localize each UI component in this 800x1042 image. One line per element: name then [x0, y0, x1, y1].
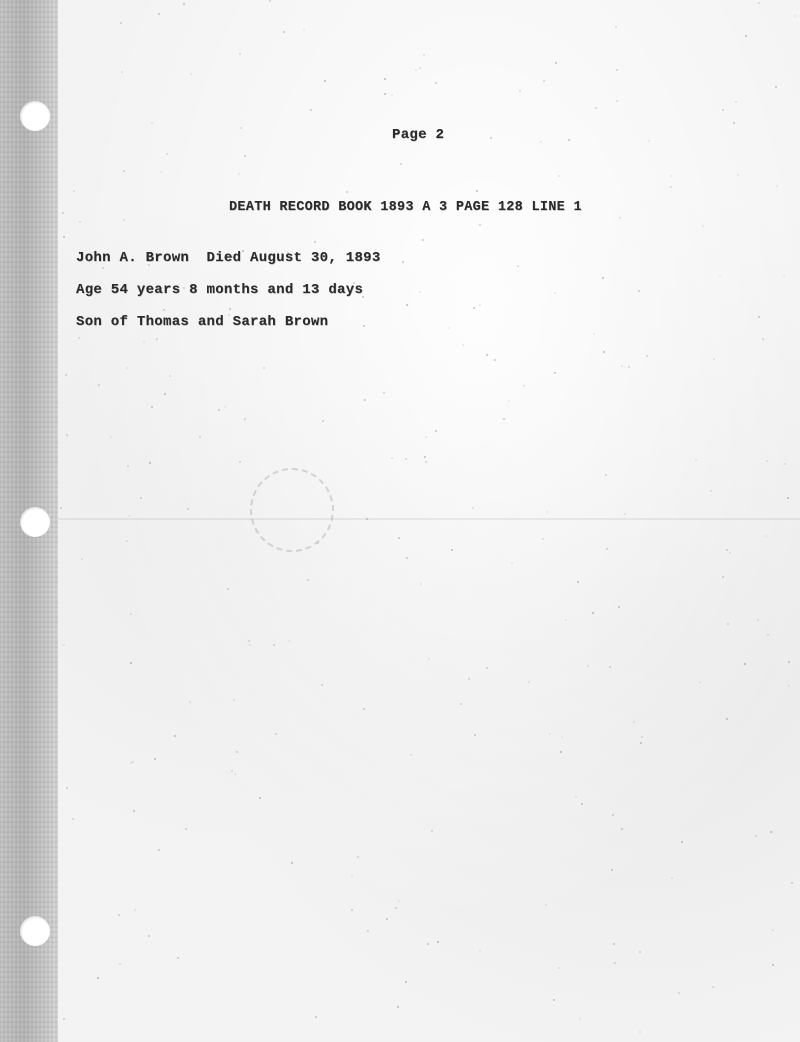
- noise-speck: [420, 583, 422, 585]
- noise-speck: [549, 733, 551, 735]
- noise-speck: [187, 508, 189, 510]
- noise-speck: [307, 579, 309, 581]
- noise-speck: [473, 307, 475, 309]
- noise-speck: [503, 418, 505, 420]
- fold-line: [58, 518, 800, 520]
- noise-speck: [542, 538, 544, 540]
- noise-speck: [314, 241, 316, 243]
- noise-speck: [132, 761, 134, 763]
- noise-speck: [236, 751, 238, 753]
- noise-speck: [120, 22, 122, 24]
- noise-speck: [745, 35, 747, 37]
- noise-speck: [554, 372, 556, 374]
- noise-speck: [134, 909, 136, 911]
- noise-speck: [419, 67, 421, 69]
- noise-speck: [249, 644, 251, 646]
- noise-speck: [783, 275, 785, 277]
- noise-speck: [670, 186, 672, 188]
- noise-speck: [63, 236, 65, 238]
- noise-speck: [127, 465, 129, 467]
- noise-speck: [560, 751, 562, 753]
- noise-speck: [565, 619, 567, 621]
- noise-speck: [128, 515, 130, 517]
- noise-speck: [671, 877, 673, 879]
- noise-speck: [62, 212, 64, 214]
- noise-speck: [729, 552, 731, 554]
- noise-speck: [593, 333, 595, 335]
- noise-speck: [351, 875, 353, 877]
- noise-speck: [614, 962, 616, 964]
- noise-speck: [474, 734, 476, 736]
- noise-speck: [555, 62, 557, 64]
- noise-speck: [156, 338, 158, 340]
- noise-speck: [397, 1006, 399, 1008]
- noise-speck: [772, 929, 774, 931]
- record-line-name-death: John A. Brown Died August 30, 1893: [76, 250, 381, 266]
- faded-stamp-mark: [250, 468, 334, 552]
- noise-speck: [545, 904, 547, 906]
- noise-speck: [772, 964, 774, 966]
- noise-speck: [528, 681, 530, 683]
- noise-speck: [121, 71, 123, 73]
- noise-speck: [639, 951, 641, 953]
- noise-speck: [486, 354, 488, 356]
- noise-speck: [384, 78, 386, 80]
- noise-speck: [702, 225, 704, 227]
- noise-speck: [130, 662, 132, 664]
- noise-speck: [248, 640, 250, 642]
- noise-speck: [154, 758, 156, 760]
- noise-speck: [579, 1018, 581, 1020]
- noise-speck: [719, 275, 721, 277]
- noise-speck: [462, 344, 464, 346]
- noise-speck: [406, 557, 408, 559]
- noise-speck: [767, 634, 769, 636]
- noise-speck: [310, 109, 312, 111]
- noise-speck: [744, 663, 746, 665]
- noise-speck: [406, 304, 408, 306]
- noise-speck: [435, 430, 437, 432]
- noise-speck: [231, 770, 233, 772]
- noise-speck: [158, 849, 160, 851]
- noise-speck: [183, 287, 185, 289]
- noise-speck: [164, 393, 166, 395]
- noise-speck: [448, 327, 450, 329]
- noise-speck: [234, 773, 236, 775]
- record-line-age: Age 54 years 8 months and 13 days: [76, 282, 363, 298]
- noise-speck: [587, 665, 589, 667]
- noise-speck: [244, 155, 246, 157]
- noise-speck: [405, 458, 407, 460]
- noise-speck: [479, 950, 481, 952]
- noise-speck: [233, 699, 235, 701]
- noise-speck: [346, 191, 348, 193]
- noise-speck: [149, 462, 151, 464]
- noise-speck: [130, 613, 132, 615]
- noise-speck: [259, 797, 261, 799]
- noise-speck: [199, 436, 201, 438]
- noise-speck: [787, 497, 789, 499]
- noise-speck: [603, 351, 605, 353]
- noise-speck: [78, 337, 80, 339]
- noise-speck: [595, 107, 597, 109]
- noise-speck: [398, 537, 400, 539]
- noise-speck: [605, 474, 607, 476]
- noise-speck: [98, 384, 100, 386]
- noise-speck: [362, 296, 364, 298]
- noise-speck: [476, 190, 478, 192]
- noise-speck: [148, 935, 150, 937]
- noise-speck: [553, 999, 555, 1001]
- noise-speck: [621, 365, 623, 367]
- noise-speck: [581, 803, 583, 805]
- noise-speck: [602, 277, 604, 279]
- noise-speck: [554, 292, 556, 294]
- noise-speck: [681, 841, 683, 843]
- noise-speck: [722, 576, 724, 578]
- noise-speck: [126, 367, 128, 369]
- noise-speck: [616, 100, 618, 102]
- noise-speck: [317, 542, 319, 544]
- noise-speck: [79, 221, 81, 223]
- page-number: Page 2: [392, 127, 444, 143]
- noise-speck: [460, 703, 462, 705]
- noise-speck: [788, 685, 790, 687]
- noise-speck: [353, 282, 355, 284]
- noise-speck: [119, 963, 121, 965]
- noise-speck: [363, 708, 365, 710]
- noise-speck: [425, 461, 427, 463]
- noise-speck: [699, 681, 701, 683]
- noise-speck: [755, 835, 757, 837]
- noise-speck: [609, 666, 611, 668]
- noise-speck: [405, 981, 407, 983]
- noise-speck: [712, 986, 714, 988]
- noise-speck: [577, 581, 579, 583]
- noise-speck: [695, 459, 697, 461]
- noise-speck: [163, 309, 165, 311]
- noise-speck: [160, 171, 162, 173]
- noise-speck: [558, 967, 560, 969]
- noise-speck: [523, 385, 525, 387]
- noise-speck: [726, 549, 728, 551]
- noise-speck: [151, 122, 153, 124]
- noise-speck: [244, 418, 246, 420]
- noise-speck: [592, 612, 594, 614]
- noise-speck: [367, 930, 369, 932]
- noise-speck: [275, 733, 277, 735]
- noise-speck: [428, 658, 430, 660]
- noise-speck: [81, 558, 83, 560]
- noise-speck: [303, 29, 305, 31]
- noise-speck: [486, 667, 488, 669]
- noise-speck: [66, 787, 68, 789]
- noise-speck: [639, 1031, 641, 1033]
- noise-speck: [148, 264, 150, 266]
- noise-speck: [713, 358, 715, 360]
- punch-hole: [20, 507, 50, 537]
- noise-speck: [615, 26, 617, 28]
- noise-speck: [776, 185, 778, 187]
- noise-speck: [519, 90, 521, 92]
- noise-speck: [762, 338, 764, 340]
- noise-speck: [435, 82, 437, 84]
- noise-speck: [490, 137, 492, 139]
- noise-speck: [431, 830, 433, 832]
- noise-speck: [451, 549, 453, 551]
- noise-speck: [364, 399, 366, 401]
- noise-speck: [621, 828, 623, 830]
- noise-speck: [391, 457, 393, 459]
- noise-speck: [97, 977, 99, 979]
- noise-speck: [351, 909, 353, 911]
- noise-speck: [133, 810, 135, 812]
- noise-speck: [169, 375, 171, 377]
- noise-speck: [628, 366, 630, 368]
- noise-speck: [419, 291, 421, 293]
- noise-speck: [757, 619, 759, 621]
- noise-speck: [640, 742, 642, 744]
- noise-speck: [366, 518, 368, 520]
- noise-speck: [425, 436, 427, 438]
- noise-speck: [765, 535, 767, 537]
- noise-speck: [273, 644, 275, 646]
- noise-speck: [238, 173, 240, 175]
- noise-speck: [123, 219, 125, 221]
- noise-speck: [575, 796, 577, 798]
- noise-speck: [758, 2, 760, 4]
- noise-speck: [727, 623, 729, 625]
- noise-speck: [190, 73, 192, 75]
- noise-speck: [263, 367, 265, 369]
- record-heading: DEATH RECORD BOOK 1893 A 3 PAGE 128 LINE…: [229, 200, 582, 215]
- noise-speck: [422, 239, 424, 241]
- noise-speck: [606, 548, 608, 550]
- noise-speck: [766, 460, 768, 462]
- noise-speck: [468, 678, 470, 680]
- noise-speck: [733, 122, 735, 124]
- noise-speck: [189, 701, 191, 703]
- noise-speck: [543, 80, 545, 82]
- noise-speck: [616, 69, 618, 71]
- noise-speck: [395, 907, 397, 909]
- record-line-parents: Son of Thomas and Sarah Brown: [76, 314, 328, 330]
- noise-speck: [400, 163, 402, 165]
- noise-speck: [321, 684, 323, 686]
- noise-speck: [424, 456, 426, 458]
- noise-speck: [166, 153, 168, 155]
- noise-speck: [678, 992, 680, 994]
- noise-speck: [239, 461, 241, 463]
- noise-speck: [357, 856, 359, 858]
- noise-speck: [218, 409, 220, 411]
- noise-speck: [437, 941, 439, 943]
- noise-speck: [611, 869, 613, 871]
- noise-speck: [240, 127, 242, 129]
- noise-speck: [540, 141, 542, 143]
- noise-speck: [123, 170, 125, 172]
- noise-speck: [791, 882, 793, 884]
- noise-speck: [228, 314, 230, 316]
- noise-speck: [775, 86, 777, 88]
- noise-speck: [151, 406, 153, 408]
- noise-speck: [269, 0, 271, 2]
- noise-speck: [383, 392, 385, 394]
- scanned-document-page: Page 2 DEATH RECORD BOOK 1893 A 3 PAGE 1…: [0, 0, 800, 1042]
- noise-speck: [558, 175, 560, 177]
- noise-speck: [423, 54, 425, 56]
- noise-speck: [118, 914, 120, 916]
- noise-speck: [517, 265, 519, 267]
- noise-speck: [391, 94, 393, 96]
- noise-speck: [737, 174, 739, 176]
- noise-speck: [291, 862, 293, 864]
- noise-speck: [229, 308, 231, 310]
- noise-speck: [726, 718, 728, 720]
- noise-speck: [177, 957, 179, 959]
- noise-speck: [185, 828, 187, 830]
- noise-speck: [646, 355, 648, 357]
- noise-speck: [722, 109, 724, 111]
- noise-speck: [784, 463, 786, 465]
- noise-speck: [126, 540, 128, 542]
- punch-hole: [20, 101, 50, 131]
- noise-speck: [110, 436, 112, 438]
- noise-speck: [63, 644, 65, 646]
- noise-speck: [568, 139, 570, 141]
- noise-speck: [402, 261, 404, 263]
- noise-speck: [735, 101, 737, 103]
- noise-speck: [508, 400, 510, 402]
- noise-speck: [183, 3, 185, 5]
- noise-speck: [427, 943, 429, 945]
- noise-speck: [239, 53, 241, 55]
- noise-speck: [227, 588, 229, 590]
- noise-speck: [405, 130, 407, 132]
- noise-speck: [244, 324, 246, 326]
- punch-hole: [20, 916, 50, 946]
- noise-speck: [224, 406, 226, 408]
- noise-speck: [613, 943, 615, 945]
- noise-speck: [324, 80, 326, 82]
- noise-speck: [158, 13, 160, 15]
- noise-speck: [63, 1018, 65, 1020]
- noise-speck: [546, 511, 548, 513]
- noise-speck: [618, 606, 620, 608]
- noise-speck: [283, 31, 285, 33]
- noise-speck: [472, 507, 474, 509]
- noise-speck: [612, 814, 614, 816]
- noise-speck: [410, 754, 412, 756]
- noise-speck: [561, 736, 563, 738]
- noise-speck: [60, 507, 62, 509]
- noise-speck: [140, 497, 142, 499]
- noise-speck: [322, 420, 324, 422]
- noise-speck: [758, 316, 760, 318]
- noise-speck: [710, 490, 712, 492]
- noise-speck: [288, 640, 290, 642]
- noise-speck: [65, 374, 67, 376]
- noise-speck: [624, 513, 626, 515]
- noise-speck: [670, 175, 672, 177]
- noise-speck: [633, 721, 635, 723]
- noise-speck: [619, 217, 621, 219]
- noise-speck: [415, 69, 417, 71]
- noise-speck: [66, 434, 68, 436]
- noise-speck: [363, 325, 365, 327]
- noise-speck: [641, 736, 643, 738]
- noise-speck: [788, 661, 790, 663]
- noise-speck: [494, 359, 496, 361]
- noise-speck: [102, 267, 104, 269]
- noise-speck: [174, 735, 176, 737]
- noise-speck: [384, 93, 386, 95]
- noise-speck: [794, 15, 796, 17]
- noise-speck: [638, 290, 640, 292]
- noise-speck: [398, 900, 400, 902]
- noise-speck: [770, 831, 772, 833]
- noise-speck: [72, 818, 74, 820]
- noise-speck: [73, 190, 75, 192]
- noise-speck: [511, 562, 513, 564]
- noise-speck: [71, 823, 73, 825]
- noise-speck: [648, 140, 650, 142]
- noise-speck: [143, 341, 145, 343]
- noise-speck: [479, 304, 481, 306]
- noise-speck: [315, 1016, 317, 1018]
- noise-speck: [386, 918, 388, 920]
- noise-speck: [479, 224, 481, 226]
